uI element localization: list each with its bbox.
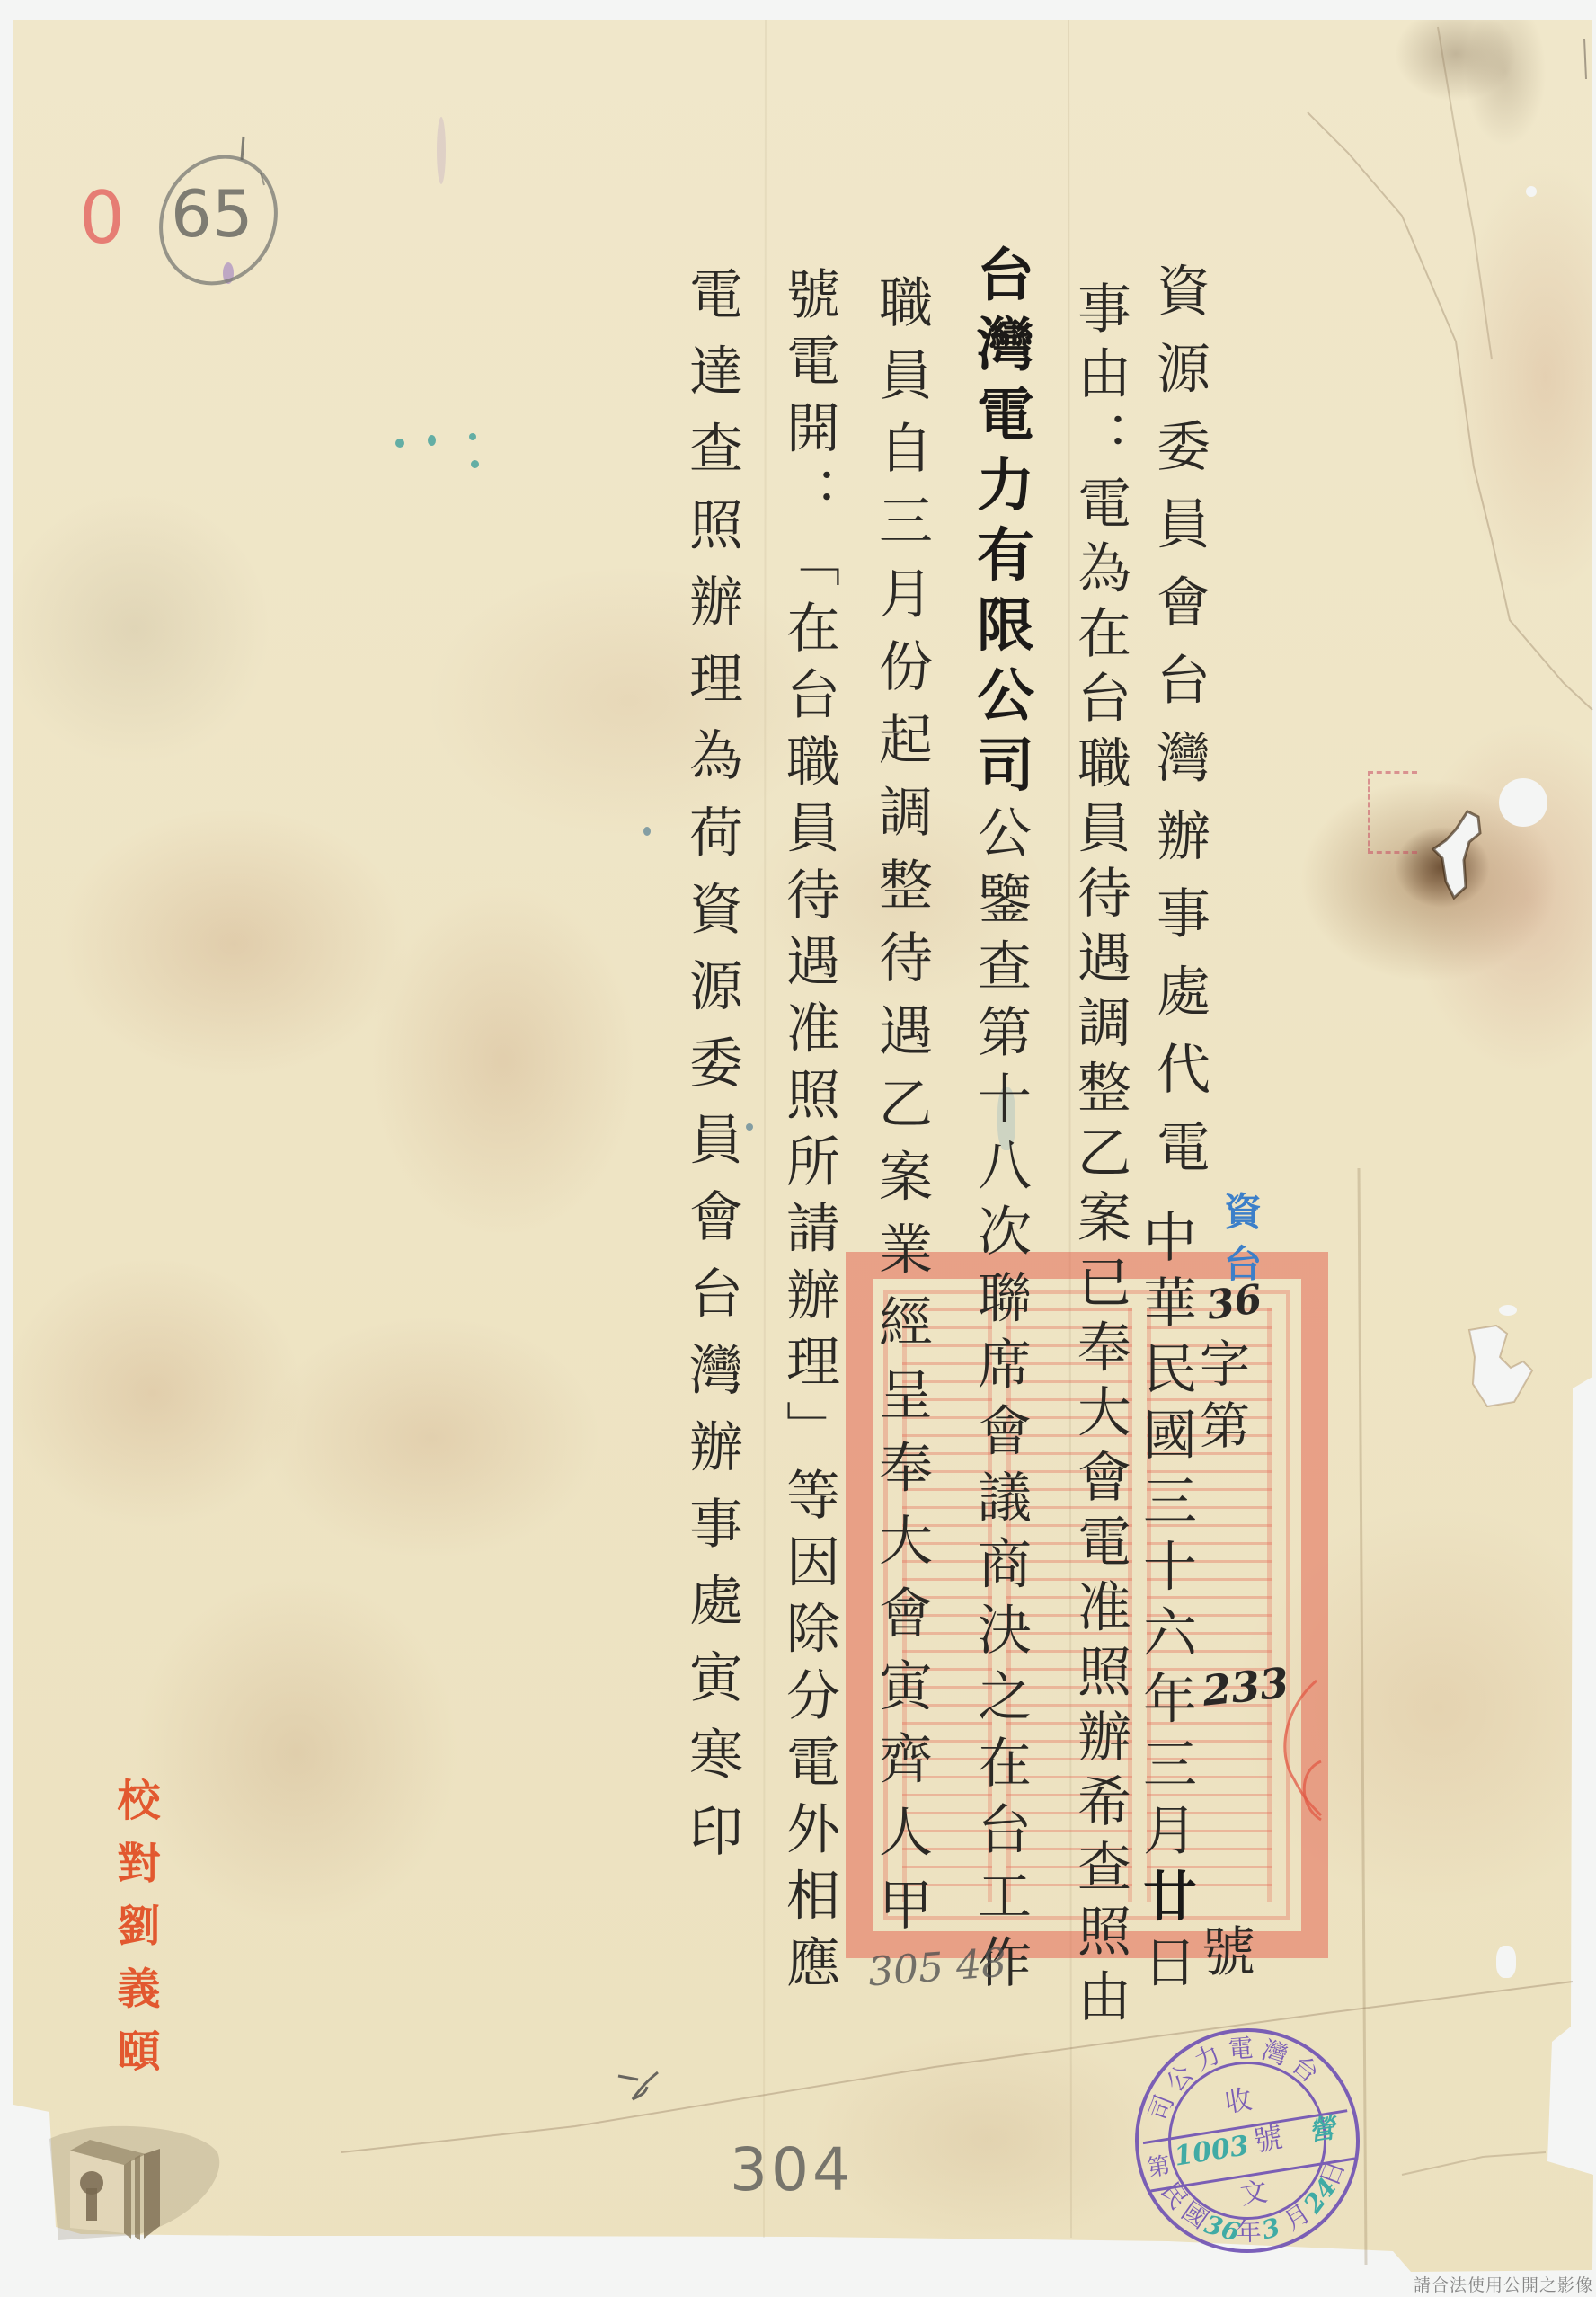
proofreader-name: 劉義頤 [110,1903,160,2072]
teal-ink-dot [643,827,651,836]
office-code-stamp: 資台 [1215,1192,1265,1282]
reference-year: 36 [1204,1276,1265,1329]
body-line-2: 職員自三月份起調整待遇乙案業經呈奉大會寅齊人甲 [865,274,937,1930]
pencil-note: 305 48 [866,1940,1007,1996]
small-red-stamp [1368,771,1417,854]
receipt-bottom-char: 文 [1238,2177,1270,2211]
teal-ink-dot [428,435,436,446]
reference-label: 字第 [1188,1337,1256,1450]
body-line-1: 台灣電力有限公司公鑒查第十八次聯席會議商決之在台工作 [964,244,1036,1988]
teal-ink-dot [471,460,479,468]
document-title: 資源委員會台灣辦事處代電 [1143,262,1215,1173]
tear-hole [1460,1321,1541,1420]
proofreader-label: 校對 [110,1778,160,1903]
document-subject: 事由：電為在台職員待遇調整乙案已奉大會電准照辦希查照由 [1064,280,1136,2022]
body-line-3: 號電開：「在台職員待遇准照所請辦理」等因除分電外相應 [773,266,845,1988]
reference-number: 233 [1200,1658,1290,1716]
reference-suffix: 號 [1188,1923,1260,1982]
receipt-top-char: 收 [1223,2085,1255,2119]
teal-ink-dot [469,433,476,440]
date-prefix: 中華民國三十六年三月 [1134,1209,1197,1868]
proofreader-stamp: 校對劉義頤 [106,1778,164,2071]
body-text: 公鑒查第十八次聯席會議商決之在台工作 [969,804,1032,1988]
receipt-number-suffix: 號 [1252,2122,1285,2157]
receipt-department: 營 [1307,2114,1338,2148]
punch-hole [1499,778,1547,827]
paper-chip [1499,1305,1517,1316]
circled-page-number: 65 [171,176,253,252]
archive-book-icon [45,2116,234,2242]
paper-chip [1526,186,1537,197]
body-line-4: 電達查照辦理為荷資源委員會台灣辦事處寅寒印 [676,266,748,1857]
addressee: 台灣電力有限公司 [967,244,1034,804]
burn-hole [1424,804,1496,903]
red-pencil-mark: 0 [79,176,125,260]
pencil-check-mark [615,2069,665,2108]
teal-ink-dot [395,439,404,448]
small-hole [1496,1946,1516,1978]
purple-smudge [437,117,446,184]
document-date: 中華民國三十六年三月廿日 [1130,1209,1201,1988]
usage-watermark: 請合法使用公開之影像 [1414,2272,1593,2296]
pencil-folio-number: 304 [730,2135,854,2204]
